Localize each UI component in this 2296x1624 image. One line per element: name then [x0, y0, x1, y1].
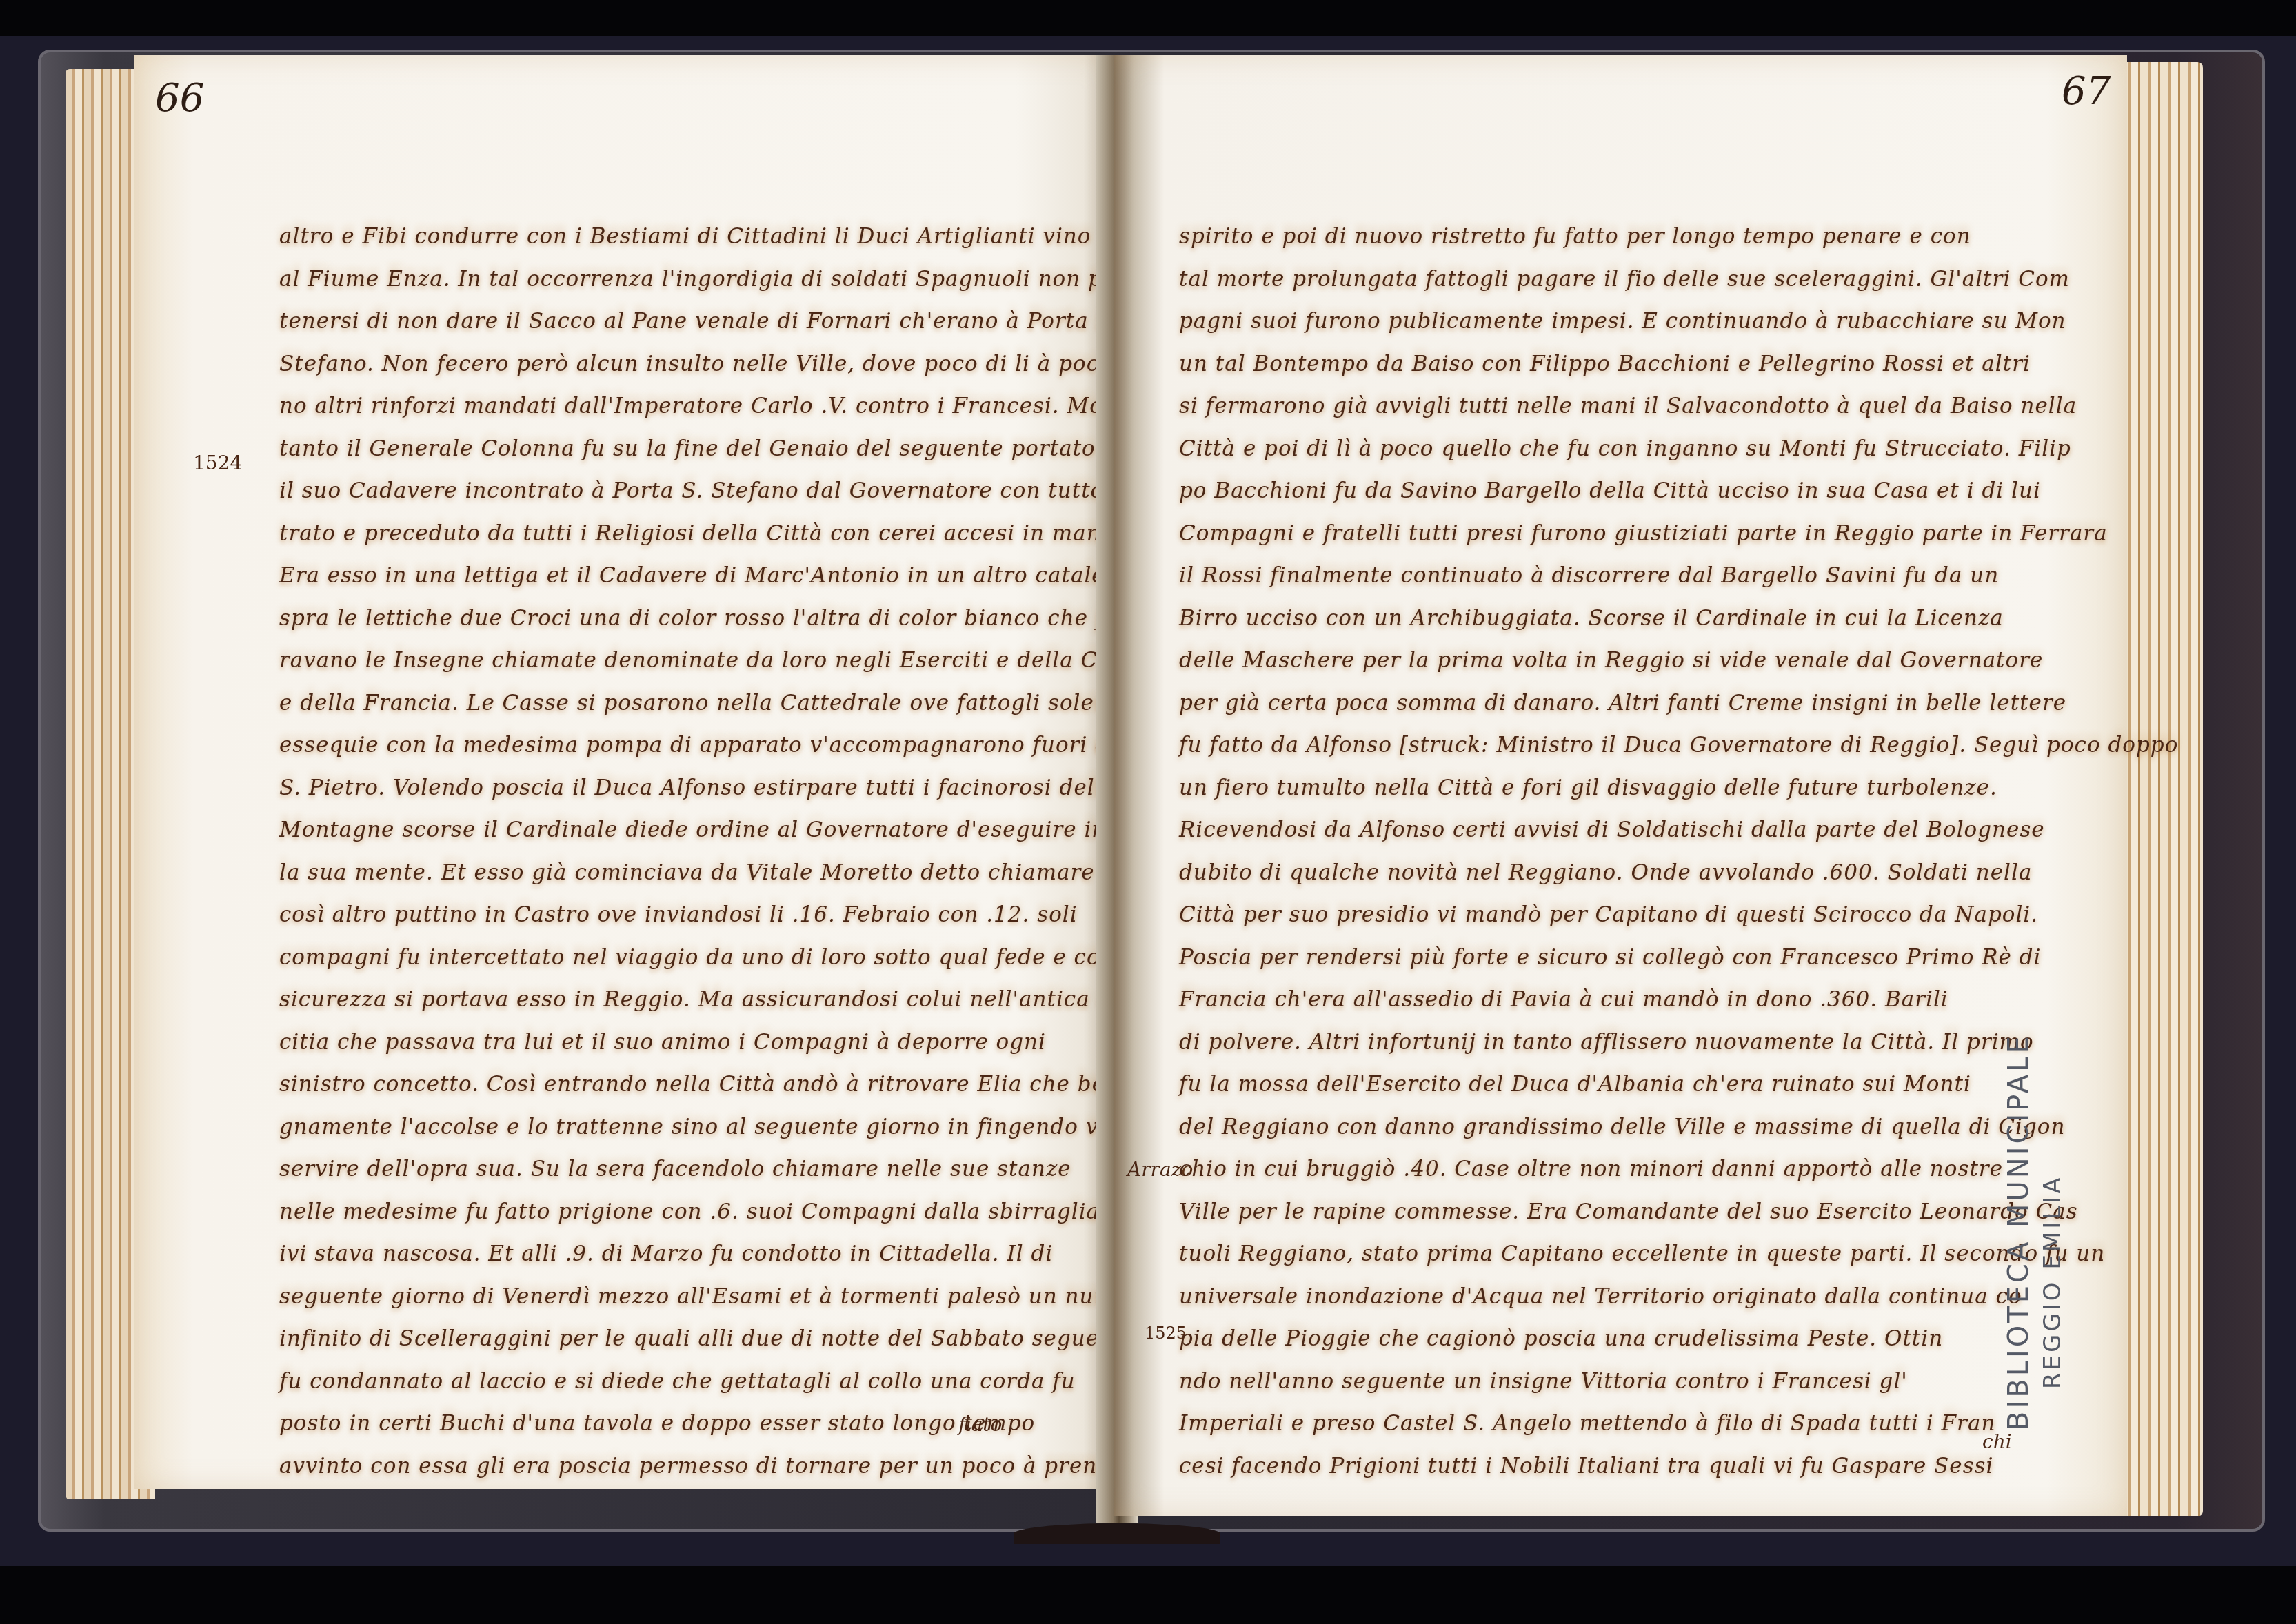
manuscript-line: Ricevendosi da Alfonso certi avvisi di S…	[1179, 818, 2045, 842]
library-stamp-line1: BIBLIOTECA MUNICIPALE	[2003, 1033, 2035, 1430]
manuscript-line: Compagni e fratelli tutti presi furono g…	[1179, 521, 2108, 546]
manuscript-line: così altro puttino in Castro ove inviand…	[279, 902, 1078, 927]
right-page: 67 Arrazo 1525 spirito e poi di nuovo ri…	[1114, 55, 2127, 1516]
manuscript-line: Città per suo presidio vi mandò per Capi…	[1179, 902, 2038, 927]
manuscript-line: pia delle Pioggie che cagionò poscia una…	[1179, 1326, 1943, 1351]
manuscript-line: tal morte prolungata fattogli pagare il …	[1179, 267, 2070, 292]
manuscript-line: spra le lettiche due Croci una di color …	[279, 606, 1140, 631]
manuscript-line: nelle medesime fu fatto prigione con .6.…	[279, 1199, 1141, 1224]
manuscript-line: ivi stava nascosa. Et alli .9. di Marzo …	[279, 1241, 1053, 1266]
manuscript-line: Francia ch'era all'assedio di Pavia à cu…	[1179, 987, 1948, 1012]
manuscript-line: la sua mente. Et esso già cominciava da …	[279, 860, 1095, 885]
manuscript-line: dubito di qualche novità nel Reggiano. O…	[1179, 860, 2032, 885]
manuscript-line: pagni suoi furono publicamente impesi. E…	[1179, 309, 2066, 334]
manuscript-line: gnamente l'accolse e lo trattenne sino a…	[279, 1115, 1163, 1139]
manuscript-line: S. Pietro. Volendo poscia il Duca Alfons…	[279, 775, 1116, 800]
manuscript-line: tenersi di non dare il Sacco al Pane ven…	[279, 309, 1118, 334]
manuscript-line: del Reggiano con danno grandissimo delle…	[1179, 1115, 2065, 1139]
manuscript-line: Imperiali e preso Castel S. Angelo mette…	[1179, 1411, 1995, 1436]
manuscript-line: cesi facendo Prigioni tutti i Nobili Ita…	[1179, 1454, 1993, 1479]
catchword-left: fiato	[958, 1413, 1002, 1436]
manuscript-line: fu fatto da Alfonso [struck: Ministro il…	[1179, 733, 2178, 758]
manuscript-line: seguente giorno di Venerdì mezzo all'Esa…	[279, 1284, 1153, 1309]
spine-bottom-shadow	[1014, 1523, 1220, 1544]
manuscript-line: citia che passava tra lui et il suo anim…	[279, 1030, 1046, 1055]
manuscript-line: si fermarono già avvigli tutti nelle man…	[1179, 394, 2077, 418]
manuscript-line: e della Francia. Le Casse si posarono ne…	[279, 691, 1136, 715]
manuscript-line: tanto il Generale Colonna fu su la fine …	[279, 436, 1212, 461]
folio-number-right: 67	[2062, 69, 2111, 114]
manuscript-line: po Bacchioni fu da Savino Bargello della…	[1179, 478, 2041, 503]
manuscript-line: spirito e poi di nuovo ristretto fu fatt…	[1179, 224, 1971, 249]
manuscript-line: trato e preceduto da tutti i Religiosi d…	[279, 521, 1122, 546]
manuscript-line: ndo nell'anno seguente un insigne Vittor…	[1179, 1369, 1908, 1394]
left-page-text-block: altro e Fibi condurre con i Bestiami di …	[279, 224, 1093, 1499]
library-stamp-line2: REGGIO EMILIA	[2039, 1175, 2066, 1389]
manuscript-line: Montagne scorse il Cardinale diede ordin…	[279, 818, 1147, 842]
manuscript-line: fu condannato al laccio e si diede che g…	[279, 1369, 1076, 1394]
manuscript-line: tuoli Reggiano, stato prima Capitano ecc…	[1179, 1241, 2105, 1266]
manuscript-line: Era esso in una lettiga et il Cadavere d…	[279, 563, 1209, 588]
manuscript-line: Stefano. Non fecero però alcun insulto n…	[279, 352, 1209, 376]
manuscript-line: avvinto con essa gli era poscia permesso…	[279, 1454, 1136, 1479]
manuscript-line: il Rossi finalmente continuato à discorr…	[1179, 563, 1999, 588]
manuscript-line: no altri rinforzi mandati dall'Imperator…	[279, 394, 1167, 418]
library-stamp: BIBLIOTECA MUNICIPALE REGGIO EMILIA	[2003, 1079, 2086, 1444]
manuscript-line: per già certa poca somma di danaro. Altr…	[1179, 691, 2066, 715]
manuscript-line: infinito di Scelleraggini per le quali a…	[279, 1326, 1136, 1351]
manuscript-line: di polvere. Altri infortunij in tanto af…	[1179, 1030, 2034, 1055]
manuscript-line: Poscia per rendersi più forte e sicuro s…	[1179, 945, 2042, 970]
right-page-text-block: spirito e poi di nuovo ristretto fu fatt…	[1179, 224, 2055, 1479]
manuscript-line: posto in certi Buchi d'una tavola e dopp…	[279, 1411, 1035, 1436]
manuscript-line: un tal Bontempo da Baiso con Filippo Bac…	[1179, 352, 2031, 376]
manuscript-line: compagni fu intercettato nel viaggio da …	[279, 945, 1180, 970]
manuscript-line: un fiero tumulto nella Città e fori gil …	[1179, 775, 1997, 800]
manuscript-line: al Fiume Enza. In tal occorrenza l'ingor…	[279, 267, 1187, 292]
manuscript-line: Ville per le rapine commesse. Era Comand…	[1179, 1199, 2078, 1224]
left-page: 66 1524 altro e Fibi condurre con i Best…	[134, 55, 1114, 1489]
margin-year-left: 1524	[193, 451, 242, 474]
manuscript-line: sinistro concetto. Così entrando nella C…	[279, 1072, 1133, 1097]
manuscript-line: altro e Fibi condurre con i Bestiami di …	[279, 224, 1091, 249]
manuscript-line: sicurezza si portava esso in Reggio. Ma …	[279, 987, 1139, 1012]
manuscript-line: fu la mossa dell'Esercito del Duca d'Alb…	[1179, 1072, 1971, 1097]
manuscript-line: delle Maschere per la prima volta in Reg…	[1179, 648, 2043, 673]
manuscript-line: chio in cui bruggiò .40. Case oltre non …	[1179, 1157, 2003, 1181]
manuscript-line: servire dell'opra sua. Su la sera facend…	[279, 1157, 1071, 1181]
manuscript-line: Città e poi di lì à poco quello che fu c…	[1179, 436, 2071, 461]
manuscript-line: ravano le Insegne chiamate denominate da…	[279, 648, 1158, 673]
right-page-fore-edge	[2120, 62, 2203, 1516]
manuscript-line: essequie con la medesima pompa di appara…	[279, 733, 1186, 758]
manuscript-line: il suo Cadavere incontrato à Porta S. St…	[279, 478, 1204, 503]
manuscript-line: Birro ucciso con un Archibuggiata. Scors…	[1179, 606, 2004, 631]
folio-number-left: 66	[155, 76, 204, 121]
manuscript-line: universale inondazione d'Acqua nel Terri…	[1179, 1284, 2022, 1309]
